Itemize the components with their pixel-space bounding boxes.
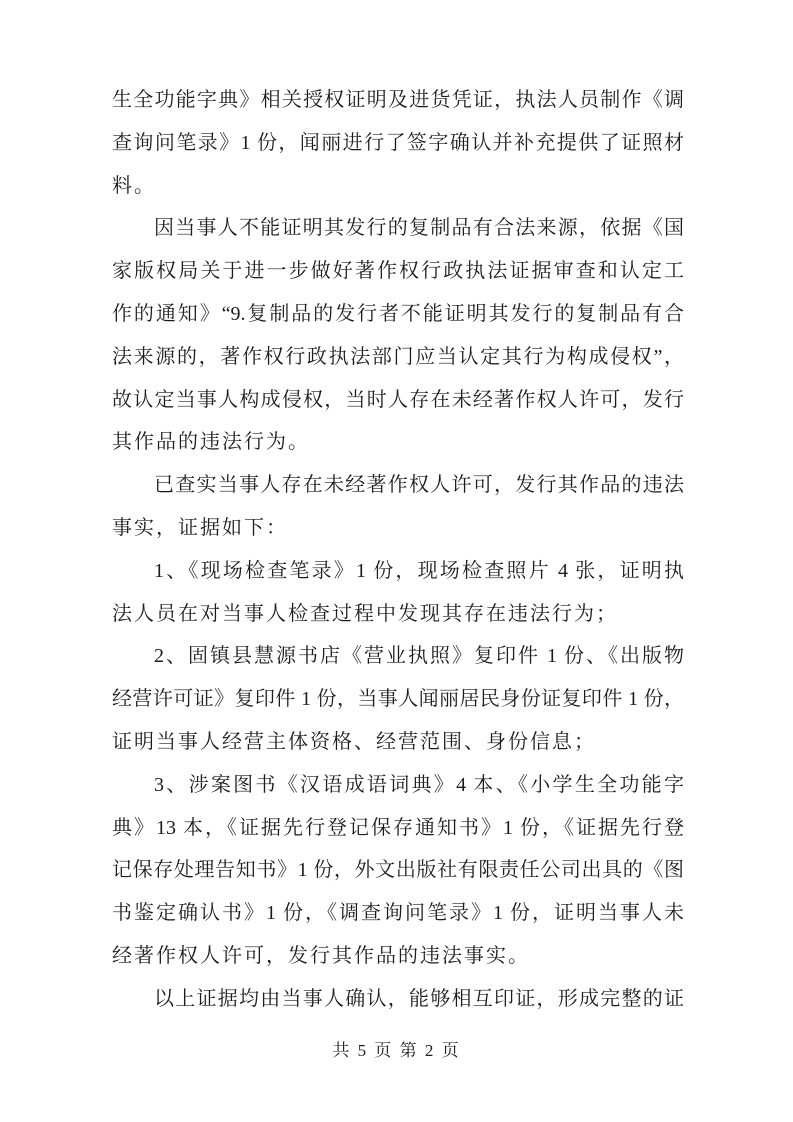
text-line: 经营许可证》复印件 1 份，当事人闻丽居民身份证复印件 1 份， xyxy=(112,678,684,721)
text-line list-item-1: 1、《现场检查笔录》1 份，现场检查照片 4 张，证明执 xyxy=(112,550,684,593)
document-page: 生全功能字典》相关授权证明及进货凭证，执法人员制作《调 查询问笔录》1 份，闻丽… xyxy=(0,0,793,1122)
text-line: 查询问笔录》1 份，闻丽进行了签字确认并补充提供了证照材 xyxy=(112,122,684,165)
text-line paragraph-start: 已查实当事人存在未经著作权人许可，发行其作品的违法 xyxy=(112,464,684,507)
text-line: 作的通知》“9.复制品的发行者不能证明其发行的复制品有合 xyxy=(112,293,684,336)
text-line: 书鉴定确认书》1 份，《调查询问笔录》1 份，证明当事人未 xyxy=(112,892,684,935)
text-line: 法来源的，著作权行政执法部门应当认定其行为构成侵权”， xyxy=(112,336,684,379)
text-line: 其作品的违法行为。 xyxy=(112,421,684,464)
text-line: 典》13 本，《证据先行登记保存通知书》1 份，《证据先行登 xyxy=(112,807,684,850)
text-line: 法人员在对当事人检查过程中发现其存在违法行为； xyxy=(112,593,684,636)
text-line: 家版权局关于进一步做好著作权行政执法证据审查和认定工 xyxy=(112,250,684,293)
page-footer: 共 5 页 第 2 页 xyxy=(0,1036,793,1061)
text-line: 经著作权人许可，发行其作品的违法事实。 xyxy=(112,935,684,978)
text-line: 料。 xyxy=(112,165,684,208)
text-line list-item-2: 2、固镇县慧源书店《营业执照》复印件 1 份、《出版物 xyxy=(112,635,684,678)
text-line: 生全功能字典》相关授权证明及进货凭证，执法人员制作《调 xyxy=(112,79,684,122)
text-line paragraph-start: 以上证据均由当事人确认，能够相互印证，形成完整的证 xyxy=(112,978,684,1021)
text-line: 故认定当事人构成侵权，当时人存在未经著作权人许可，发行 xyxy=(112,379,684,422)
text-line paragraph-start: 因当事人不能证明其发行的复制品有合法来源，依据《国 xyxy=(112,207,684,250)
text-line: 证明当事人经营主体资格、经营范围、身份信息； xyxy=(112,721,684,764)
text-line list-item-3: 3、涉案图书《汉语成语词典》4 本、《小学生全功能字 xyxy=(112,764,684,807)
text-line: 事实，证据如下： xyxy=(112,507,684,550)
document-body: 生全功能字典》相关授权证明及进货凭证，执法人员制作《调 查询问笔录》1 份，闻丽… xyxy=(112,79,684,1021)
text-line: 记保存处理告知书》1 份，外文出版社有限责任公司出具的《图 xyxy=(112,849,684,892)
